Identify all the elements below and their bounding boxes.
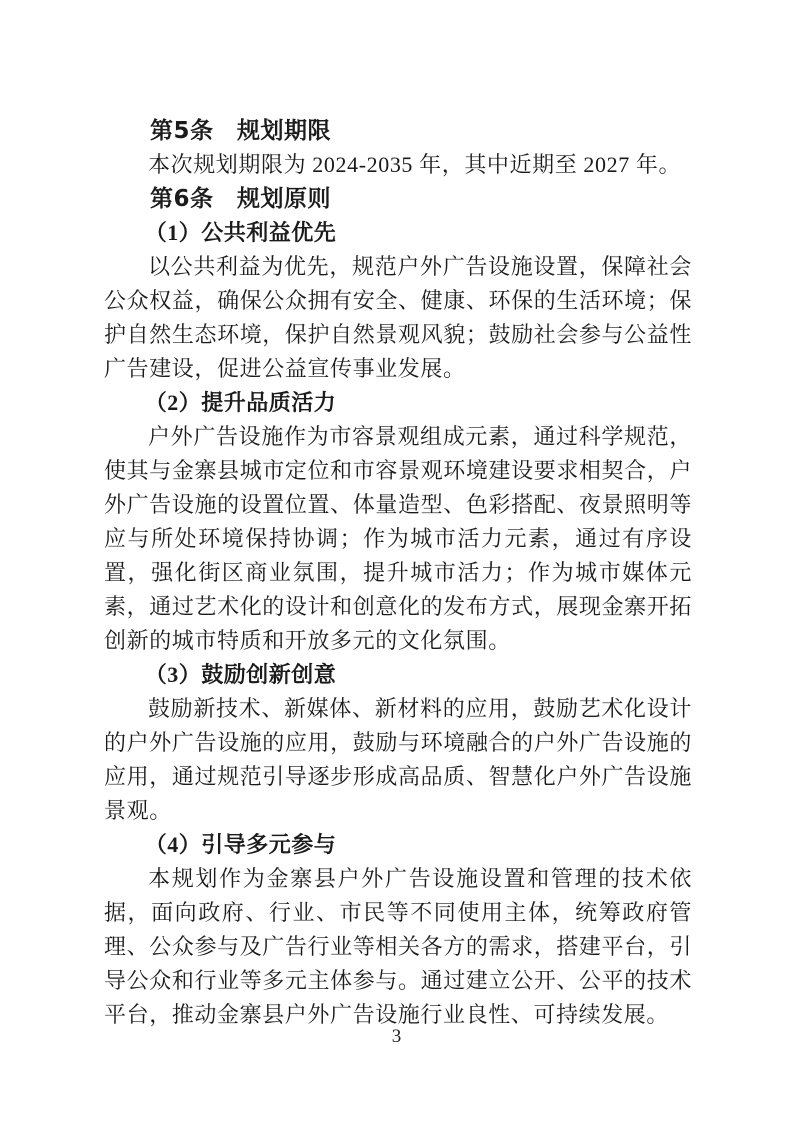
paragraph: 以公共利益为优先，规范户外广告设施设置，保障社会公众权益，确保公众拥有安全、健康…	[104, 250, 692, 386]
paragraph: 户外广告设施作为市容景观组成元素，通过科学规范，使其与金寨县城市定位和市容景观环…	[104, 420, 692, 658]
sub-heading: （3）鼓励创新创意	[104, 658, 692, 692]
sub-heading: （4）引导多元参与	[104, 828, 692, 862]
article-heading: 第5条 规划期限	[104, 114, 692, 148]
sub-heading: （1）公共利益优先	[104, 216, 692, 250]
sub-heading: （2）提升品质活力	[104, 386, 692, 420]
page-footer: 3	[0, 1024, 793, 1050]
page-number: 3	[392, 1026, 402, 1047]
article-heading: 第6条 规划原则	[104, 182, 692, 216]
document-page: 第5条 规划期限本次规划期限为 2024-2035 年，其中近期至 2027 年…	[0, 0, 793, 1122]
paragraph: 本规划作为金寨县户外广告设施设置和管理的技术依据，面向政府、行业、市民等不同使用…	[104, 862, 692, 1032]
document-body: 第5条 规划期限本次规划期限为 2024-2035 年，其中近期至 2027 年…	[104, 114, 692, 1032]
paragraph: 本次规划期限为 2024-2035 年，其中近期至 2027 年。	[104, 148, 692, 182]
paragraph: 鼓励新技术、新媒体、新材料的应用，鼓励艺术化设计的户外广告设施的应用，鼓励与环境…	[104, 692, 692, 828]
